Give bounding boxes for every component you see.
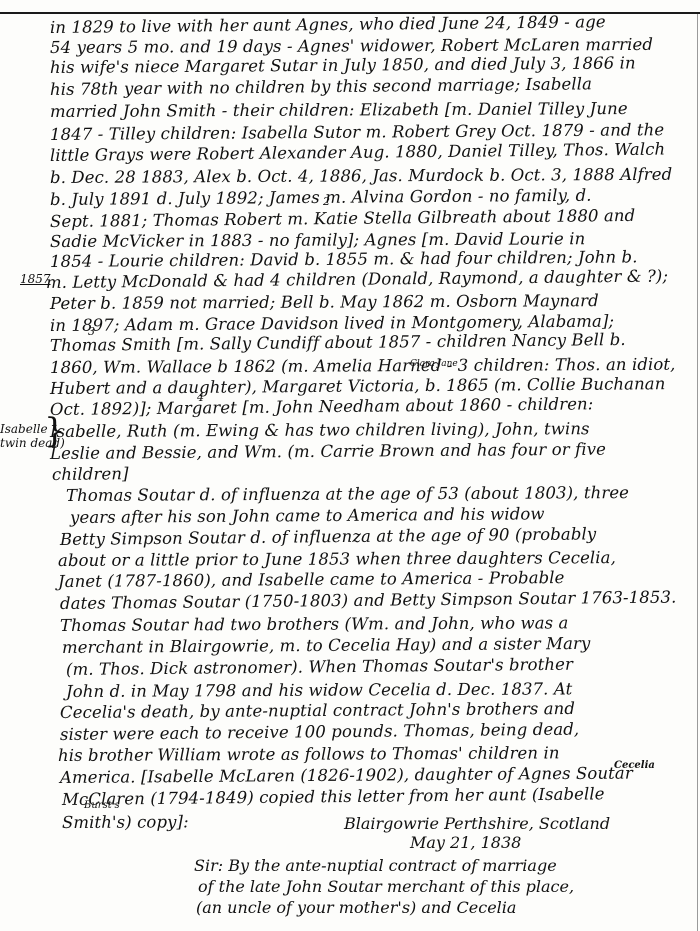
handwritten-line: dates Thomas Soutar (1750-1803) and Bett… [60, 588, 677, 614]
handwritten-line: (m. Thos. Dick astronomer). When Thomas … [66, 655, 573, 680]
superscript-thomas-number: 3 [88, 326, 95, 338]
handwritten-line: Cecelia's death, by ante-nuptial contrac… [60, 699, 575, 723]
handwritten-line: his brother William wrote as follows to … [58, 743, 560, 766]
superscript-clara-jane: Clara Jane [410, 358, 458, 370]
handwritten-line: married John Smith - their children: Eli… [50, 99, 628, 122]
letter-body-line-2: (an uncle of your mother's) and Cecelia [196, 898, 516, 918]
letter-place: Blairgowrie Perthshire, Scotland [344, 814, 610, 834]
superscript-margaret-number: 4 [197, 392, 204, 404]
page-right-edge [697, 14, 698, 931]
superscript-cecelia: Cecelia [614, 760, 655, 772]
handwritten-line: b. Dec. 28 1883, Alex b. Oct. 4, 1886, J… [50, 165, 672, 188]
handwritten-line: in 1829 to live with her aunt Agnes, who… [50, 12, 606, 38]
superscript-bursts: Burst's [84, 800, 120, 812]
superscript-agnes-number: 2 [323, 196, 330, 208]
handwritten-line: Betty Simpson Soutar d. of influenza at … [60, 524, 596, 550]
letter-date: May 21, 1838 [410, 833, 521, 853]
handwritten-line: Thomas Soutar d. of influenza at the age… [66, 483, 629, 506]
handwritten-line: years after his son John came to America… [70, 504, 545, 528]
handwritten-line: his 78th year with no children by this s… [50, 74, 592, 100]
handwritten-line: Janet (1787-1860), and Isabelle came to … [58, 568, 565, 592]
handwritten-line: Oct. 1892)]; Margaret [m. John Needham a… [50, 394, 594, 420]
handwritten-line: Peter b. 1859 not married; Bell b. May 1… [50, 291, 599, 314]
margin-brace: } [44, 414, 66, 448]
letter-salutation: Sir: By the ante-nuptial contract of mar… [194, 856, 557, 876]
letter-body-line-1: of the late John Soutar merchant of this… [198, 877, 574, 897]
document-page: in 1829 to live with her aunt Agnes, who… [0, 0, 700, 931]
handwritten-line: Sept. 1881; Thomas Robert m. Katie Stell… [50, 206, 635, 232]
handwritten-line: McClaren (1794-1849) copied this letter … [62, 784, 605, 810]
handwritten-line: Leslie and Bessie, and Wm. (m. Carrie Br… [50, 440, 606, 464]
handwritten-line: Smith's) copy]: [62, 812, 189, 833]
handwritten-line: Isabelle, Ruth (m. Ewing & has two child… [50, 419, 590, 442]
handwritten-line: Thomas Soutar had two brothers (Wm. and … [60, 613, 569, 636]
margin-note-isabelle: Isabelle [0, 422, 48, 436]
handwritten-line: children] [52, 464, 129, 485]
handwritten-line: sister were each to receive 100 pounds. … [60, 720, 579, 745]
margin-note-1857: 1857 [20, 272, 51, 286]
